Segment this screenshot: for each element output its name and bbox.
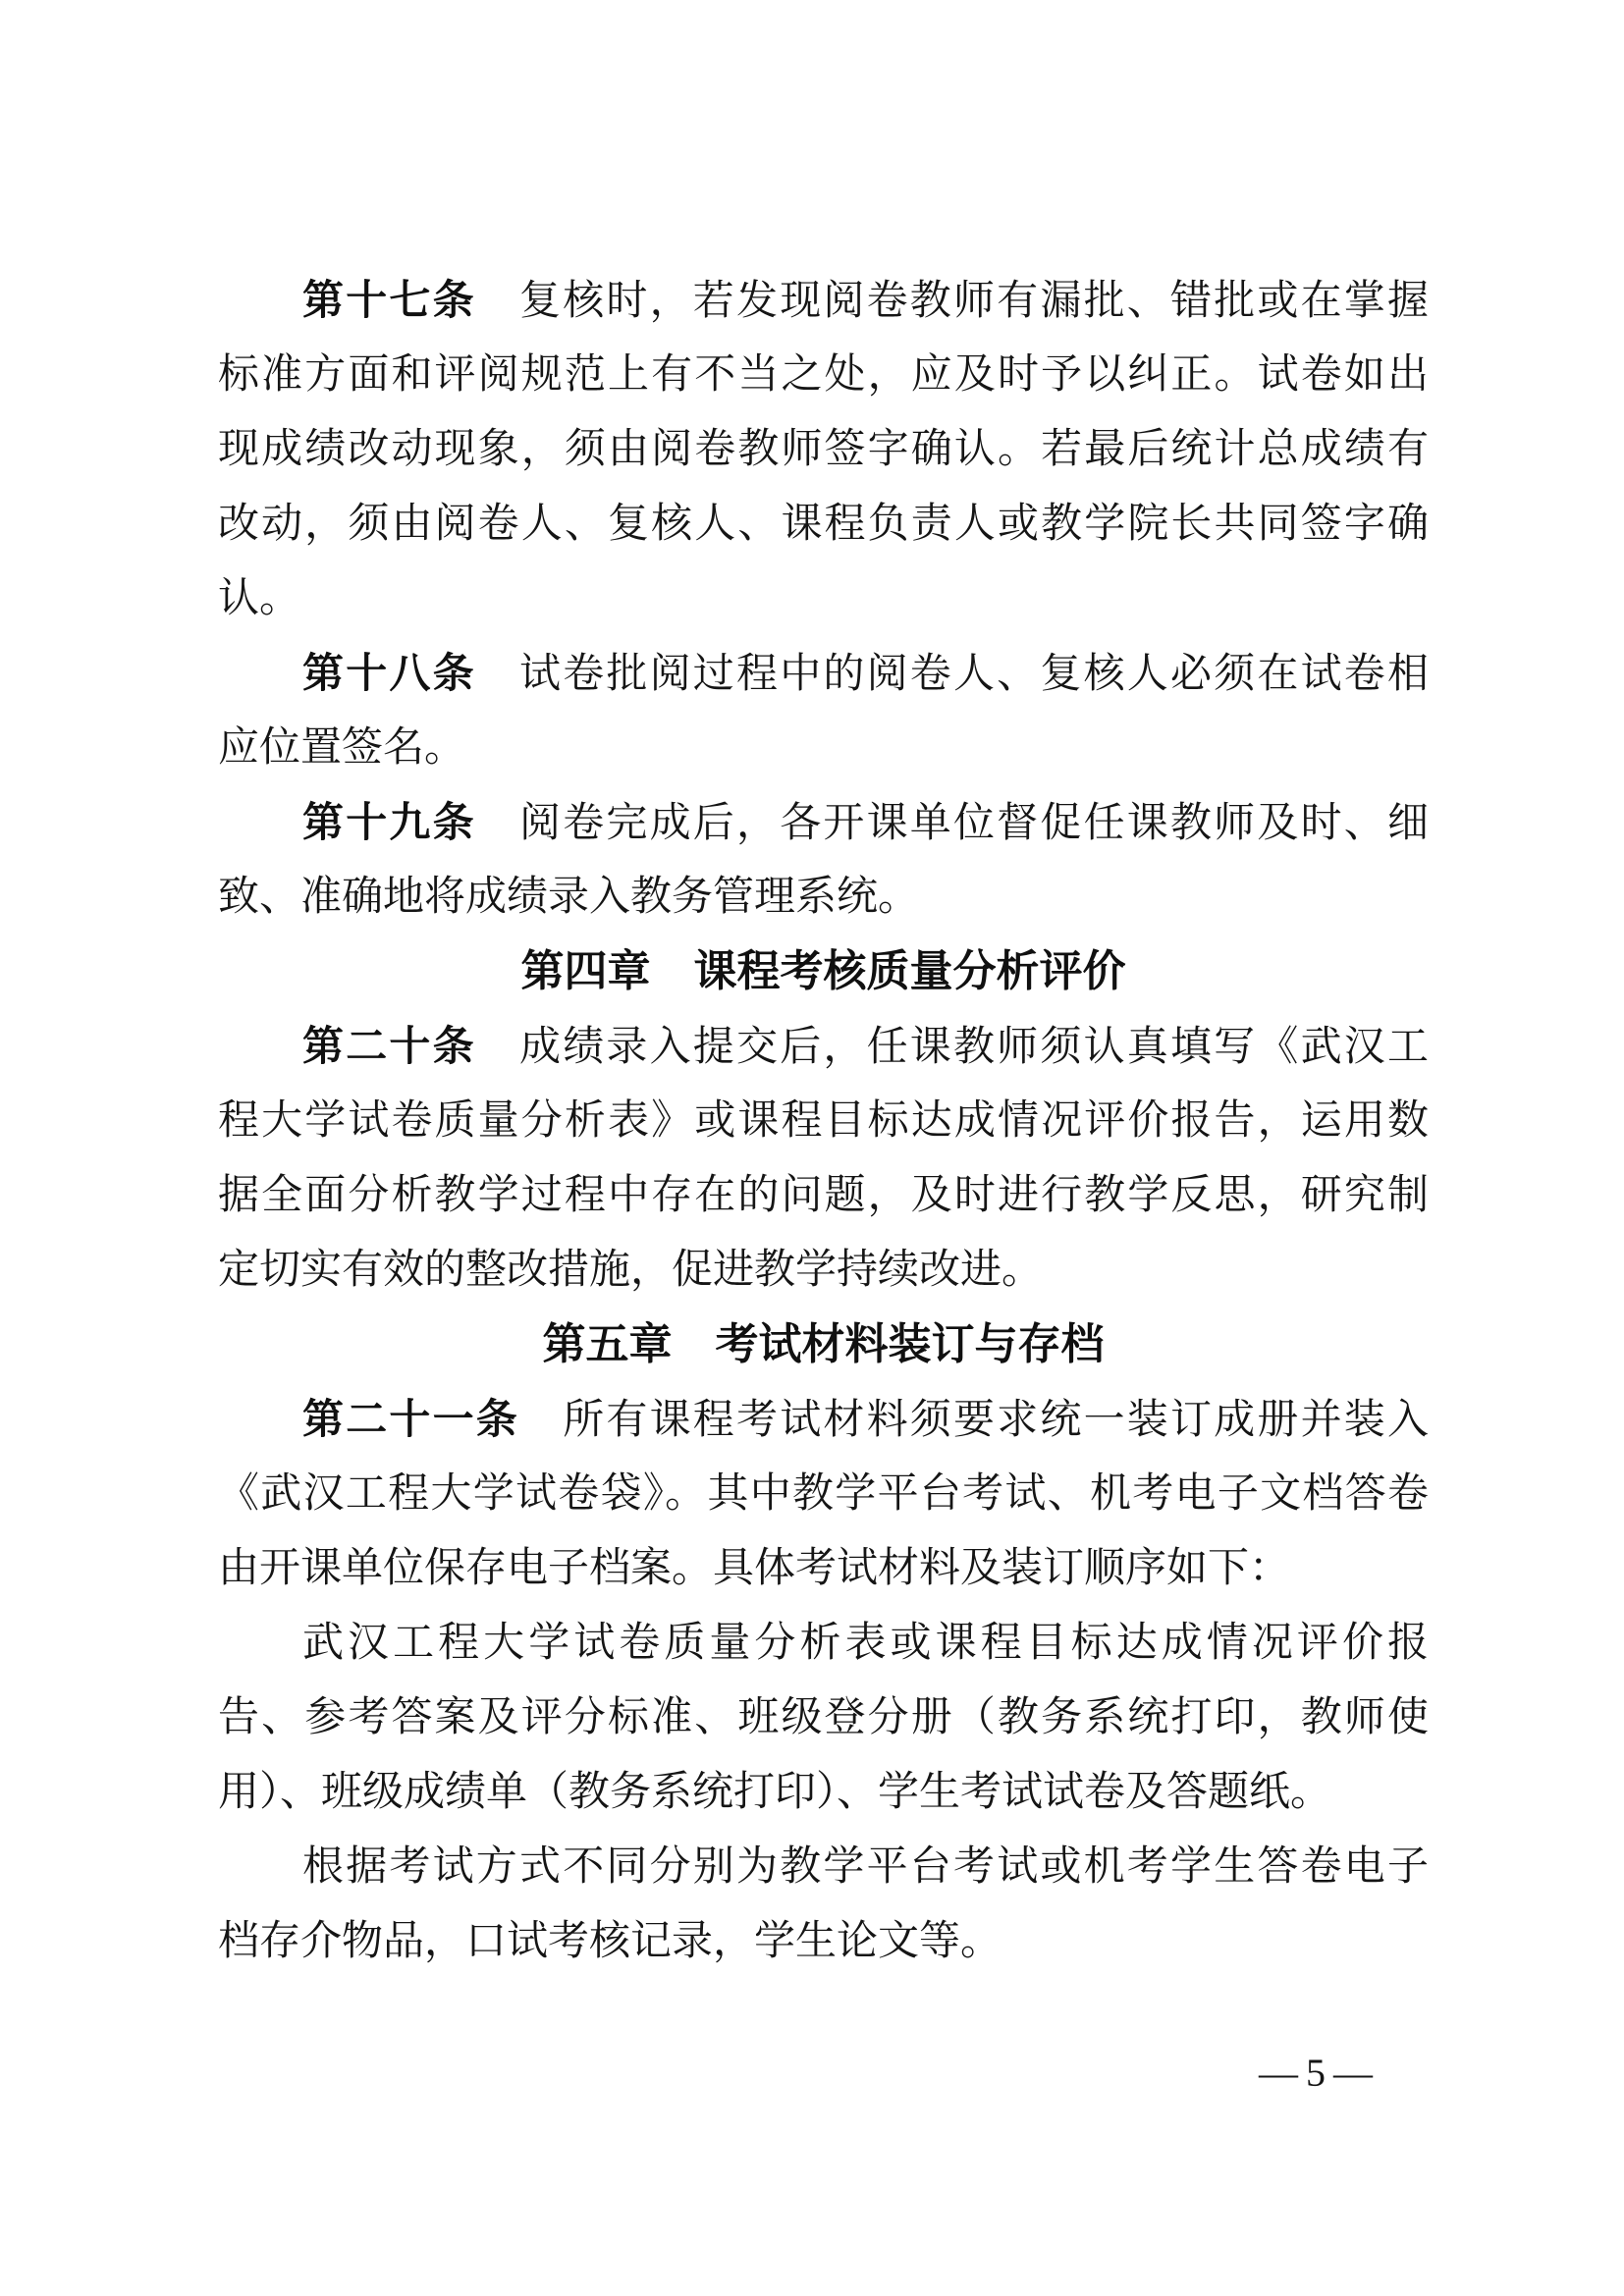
- line-text: 根据考试方式不同分别为教学平台考试或机考学生答卷电子: [302, 1844, 1429, 1890]
- text-line: 用）、班级成绩单（教务系统打印）、学生考试试卷及答题纸。: [218, 1755, 1429, 1830]
- text-line: 第二十一条 所有课程考试材料须要求统一装订成册并装入: [218, 1382, 1429, 1457]
- line-text: 阅卷完成后，各开课单位督促任课教师及时、细: [476, 801, 1429, 846]
- text-line: 武汉工程大学试卷质量分析表或课程目标达成情况评价报: [218, 1606, 1429, 1681]
- line-text: 改动，须由阅卷人、复核人、课程负责人或教学院长共同签字确: [218, 502, 1429, 547]
- text-line: 标准方面和评阅规范上有不当之处，应及时予以纠正。试卷如出: [218, 338, 1429, 412]
- text-line: 第十九条 阅卷完成后，各开课单位督促任课教师及时、细: [218, 785, 1429, 860]
- line-text: 标准方面和评阅规范上有不当之处，应及时予以纠正。试卷如出: [218, 352, 1429, 398]
- text-line: 据全面分析教学过程中存在的问题，及时进行教学反思，研究制: [218, 1158, 1429, 1233]
- line-text: 所有课程考试材料须要求统一装订成册并装入: [519, 1398, 1429, 1443]
- line-text: 《武汉工程大学试卷袋》。其中教学平台考试、机考电子文档答卷: [218, 1471, 1429, 1517]
- article-number: 第十七条: [302, 277, 476, 323]
- text-line: 改动，须由阅卷人、复核人、课程负责人或教学院长共同签字确: [218, 487, 1429, 561]
- article-number: 第四章 课程考核质量分析评价: [521, 947, 1126, 995]
- text-block: 第十七条 复核时，若发现阅卷教师有漏批、错批或在掌握标准方面和评阅规范上有不当之…: [218, 263, 1429, 1979]
- text-line: 告、参考答案及评分标准、班级登分册（教务系统打印，教师使: [218, 1681, 1429, 1755]
- line-text: 成绩录入提交后，任课教师须认真填写《武汉工: [476, 1025, 1429, 1070]
- line-text: 程大学试卷质量分析表》或课程目标达成情况评价报告，运用数: [218, 1098, 1429, 1144]
- line-text: 试卷批阅过程中的阅卷人、复核人必须在试卷相: [476, 652, 1429, 697]
- chapter-heading: 第四章 课程考核质量分析评价: [218, 934, 1429, 1009]
- article-number: 第二十一条: [302, 1396, 519, 1442]
- line-text: 用）、班级成绩单（教务系统打印）、学生考试试卷及答题纸。: [218, 1770, 1331, 1815]
- line-text: 武汉工程大学试卷质量分析表或课程目标达成情况评价报: [302, 1621, 1429, 1666]
- line-text: 复核时，若发现阅卷教师有漏批、错批或在掌握: [476, 279, 1429, 324]
- page-number: —5—: [1259, 2050, 1380, 2096]
- text-line: 档存介物品，口试考核记录，学生论文等。: [218, 1904, 1429, 1979]
- article-number: 第十九条: [302, 799, 476, 845]
- line-text: 认。: [218, 576, 300, 621]
- article-number: 第五章 考试材料装订与存档: [543, 1320, 1105, 1368]
- text-line: 程大学试卷质量分析表》或课程目标达成情况评价报告，运用数: [218, 1084, 1429, 1158]
- line-text: 档存介物品，口试考核记录，学生论文等。: [218, 1919, 1001, 1964]
- line-text: 据全面分析教学过程中存在的问题，及时进行教学反思，研究制: [218, 1173, 1429, 1218]
- text-line: 第十八条 试卷批阅过程中的阅卷人、复核人必须在试卷相: [218, 636, 1429, 711]
- text-line: 应位置签名。: [218, 711, 1429, 785]
- text-line: 第十七条 复核时，若发现阅卷教师有漏批、错批或在掌握: [218, 263, 1429, 338]
- line-text: 告、参考答案及评分标准、班级登分册（教务系统打印，教师使: [218, 1695, 1429, 1740]
- line-text: 由开课单位保存电子档案。具体考试材料及装订顺序如下：: [218, 1546, 1290, 1591]
- line-text: 现成绩改动现象，须由阅卷教师签字确认。若最后统计总成绩有: [218, 427, 1429, 472]
- text-line: 《武汉工程大学试卷袋》。其中教学平台考试、机考电子文档答卷: [218, 1457, 1429, 1531]
- line-text: 应位置签名。: [218, 725, 465, 771]
- line-text: 致、准确地将成绩录入教务管理系统。: [218, 875, 919, 920]
- text-line: 现成绩改动现象，须由阅卷教师签字确认。若最后统计总成绩有: [218, 412, 1429, 487]
- text-line: 第二十条 成绩录入提交后，任课教师须认真填写《武汉工: [218, 1009, 1429, 1084]
- document-page: 第十七条 复核时，若发现阅卷教师有漏批、错批或在掌握标准方面和评阅规范上有不当之…: [0, 0, 1624, 2296]
- article-number: 第二十条: [302, 1023, 476, 1069]
- text-line: 定切实有效的整改措施，促进教学持续改进。: [218, 1233, 1429, 1308]
- text-line: 认。: [218, 561, 1429, 636]
- article-number: 第十八条: [302, 650, 476, 696]
- text-line: 致、准确地将成绩录入教务管理系统。: [218, 860, 1429, 934]
- chapter-heading: 第五章 考试材料装订与存档: [218, 1308, 1429, 1382]
- text-line: 由开课单位保存电子档案。具体考试材料及装订顺序如下：: [218, 1531, 1429, 1606]
- line-text: 定切实有效的整改措施，促进教学持续改进。: [218, 1248, 1043, 1293]
- text-line: 根据考试方式不同分别为教学平台考试或机考学生答卷电子: [218, 1830, 1429, 1904]
